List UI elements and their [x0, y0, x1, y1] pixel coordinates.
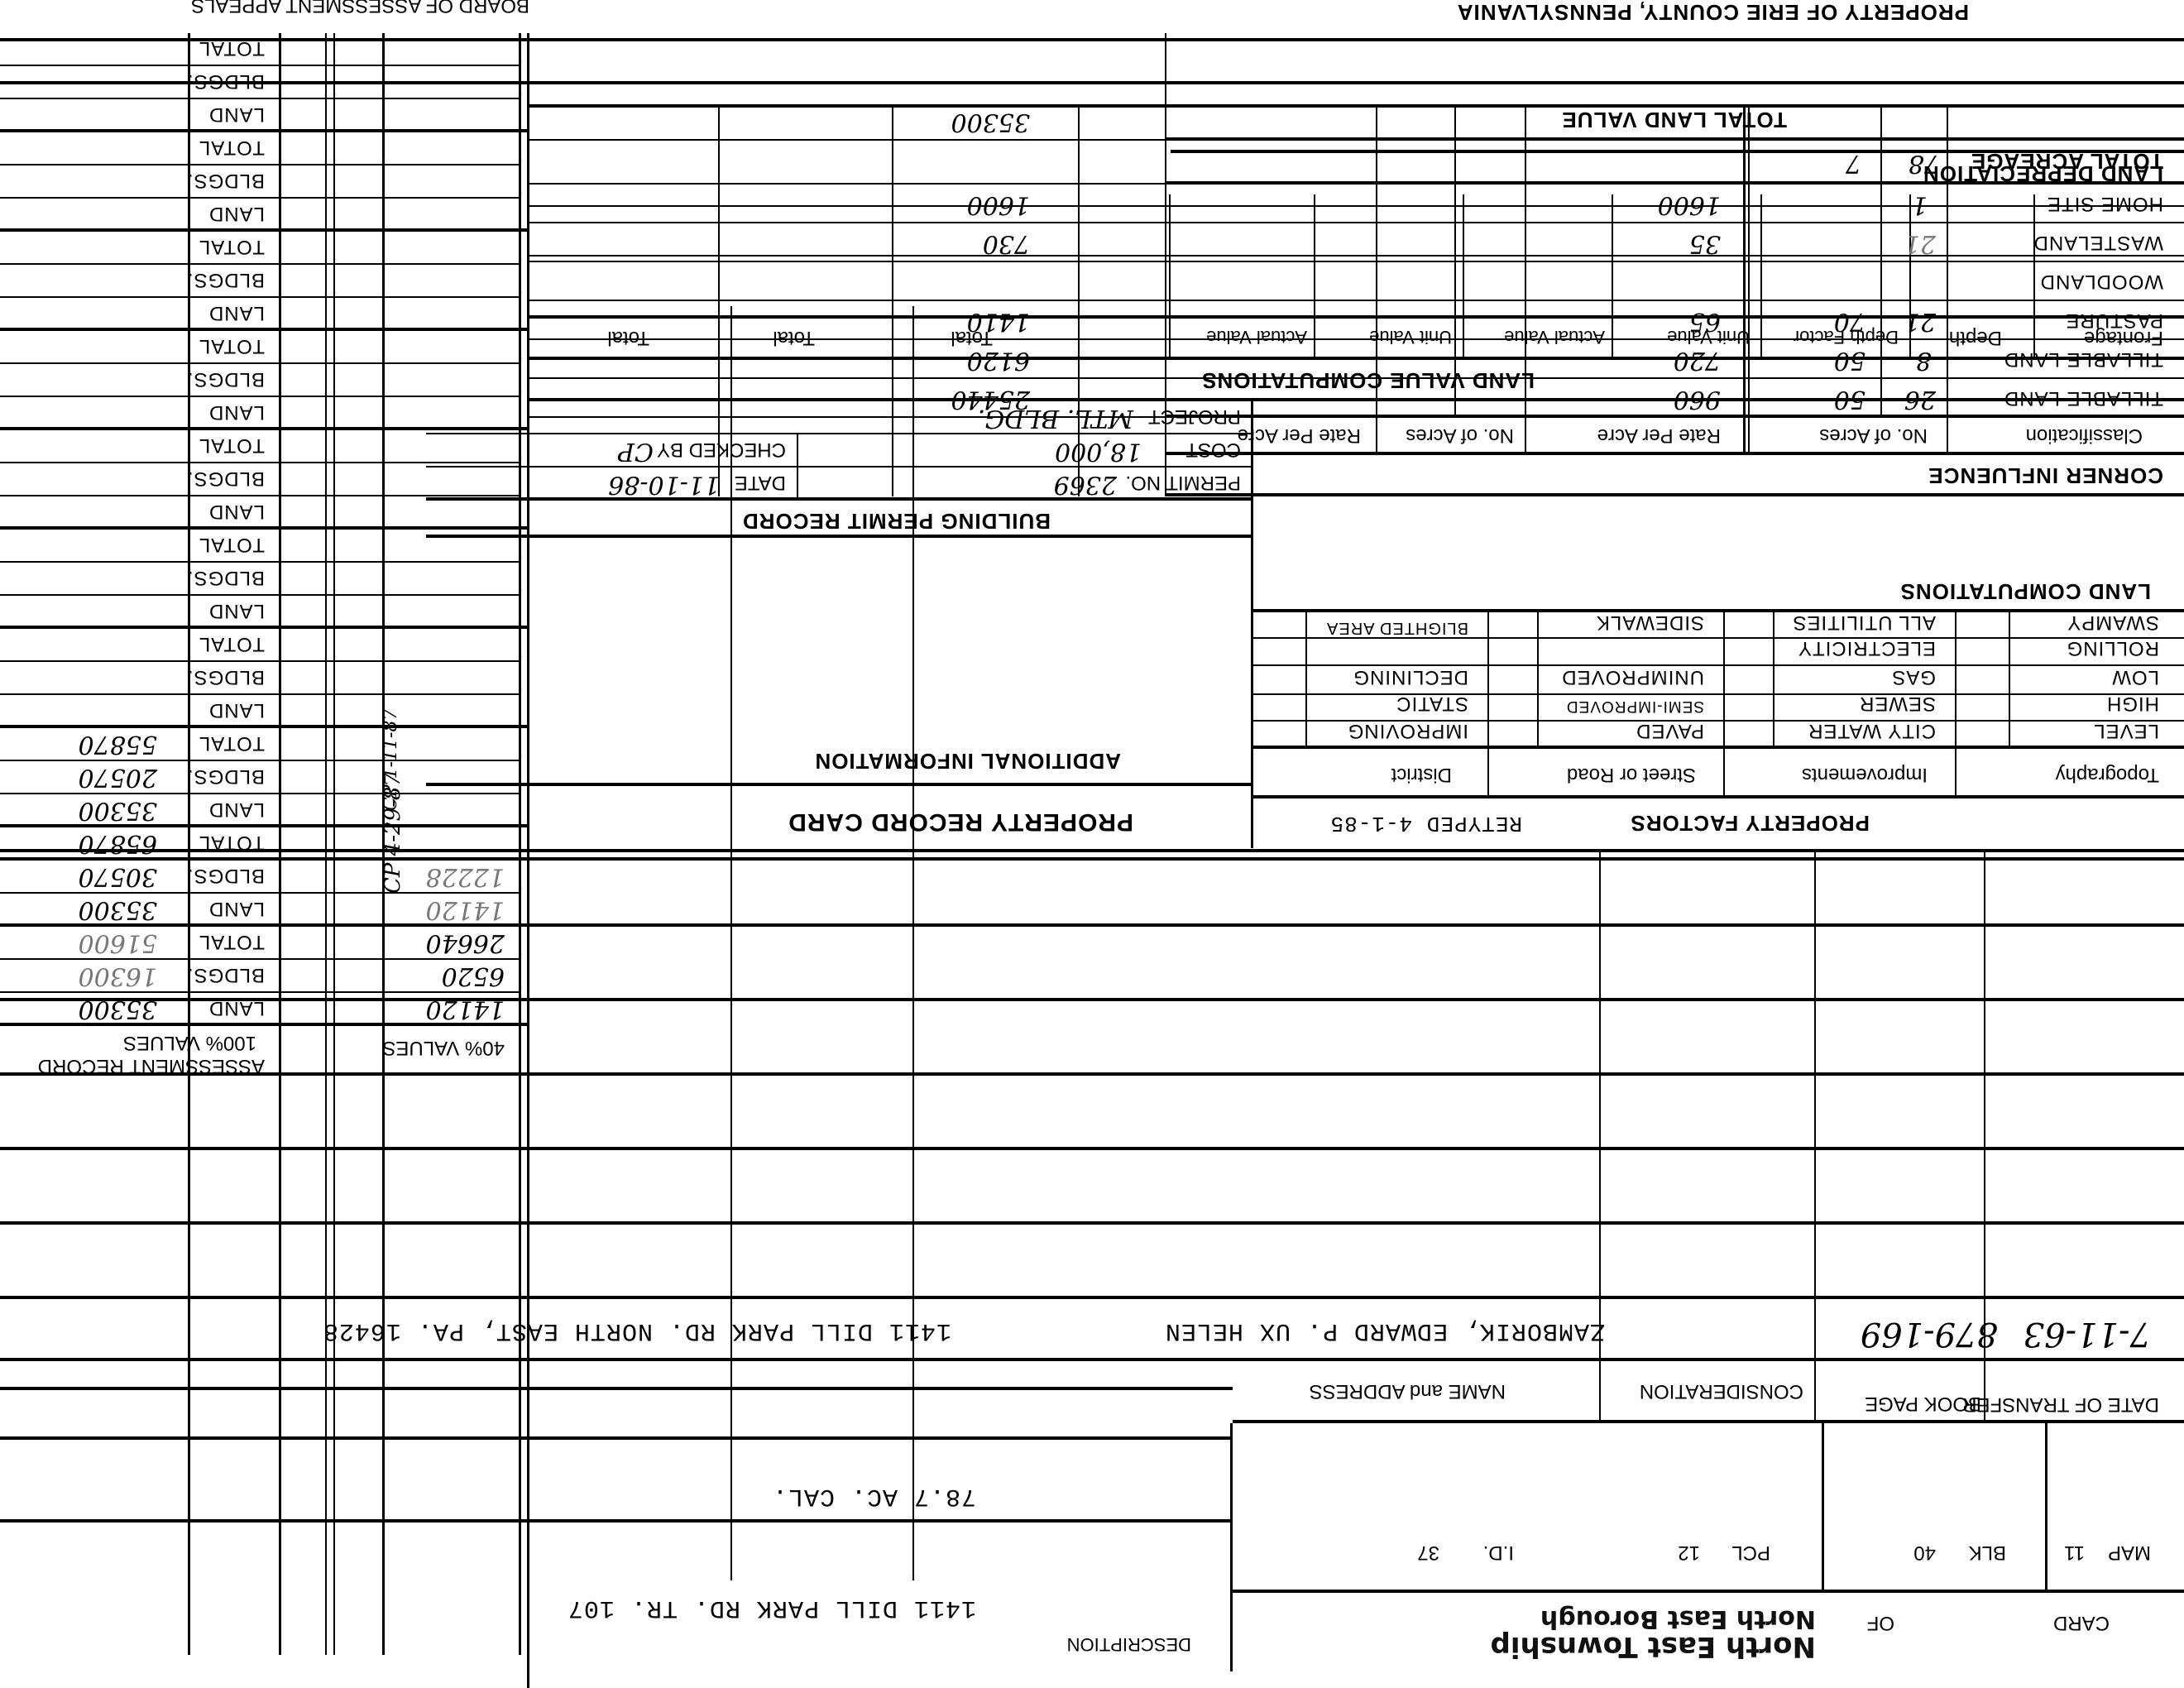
- row-label-land-8: LAND: [208, 202, 265, 225]
- total-40-0: 26640: [426, 928, 505, 957]
- row-label-total-8: TOTAL: [199, 136, 265, 159]
- row-label-total-3: TOTAL: [199, 632, 265, 655]
- row-label-bldgs-6: BLDGS.: [187, 367, 265, 391]
- row-label-bldgs-9: BLDGS.: [187, 70, 265, 93]
- class-row-tillable-1: TILLABLE LAND: [2004, 386, 2163, 410]
- bldgs-40-0: 6520: [442, 961, 505, 990]
- acres-frac-0: 50: [1834, 385, 1865, 414]
- row-label-bldgs-3: BLDGS.: [187, 665, 265, 688]
- value-1: 6120: [967, 346, 1030, 375]
- row-label-land-1: LAND: [208, 897, 265, 920]
- row-label-total-9: TOTAL: [199, 36, 265, 60]
- land-100-0: 35300: [79, 995, 157, 1024]
- class-row-woodland: WOODLAND: [2040, 270, 2163, 293]
- bldgs-40-1: 12228: [426, 862, 505, 891]
- acres-whole-0: 26: [1904, 385, 1936, 414]
- total-100-2: 55870: [79, 730, 157, 759]
- corner-influence-label: CORNER INFLUENCE: [1928, 463, 2163, 488]
- land-40-0: 14120: [426, 995, 505, 1024]
- row-label-bldgs-1: BLDGS.: [187, 864, 265, 887]
- value-0: 25440: [951, 385, 1030, 414]
- acres-whole-1: 8: [1916, 346, 1932, 375]
- total-acreage-frac: 7: [1846, 149, 1861, 178]
- row-label-bldgs-5: BLDGS.: [187, 467, 265, 490]
- total-acreage-whole: 78: [1909, 149, 1940, 178]
- total-100-1: 65870: [79, 829, 157, 858]
- rate-2: 65: [1689, 307, 1721, 336]
- row-label-total-4: TOTAL: [199, 533, 265, 556]
- rate-1: 720: [1674, 346, 1721, 375]
- land-40-1: 14120: [426, 895, 505, 924]
- value-5: 1600: [967, 190, 1030, 219]
- classification-header: Classification: [2026, 424, 2143, 447]
- row-label-land-7: LAND: [208, 301, 265, 324]
- acres-header-2: No. of Acres: [1406, 424, 1514, 447]
- rate-header-2: Rate Per Acre: [1238, 424, 1361, 447]
- row-label-bldgs-8: BLDGS.: [187, 169, 265, 192]
- land-100-1: 35300: [79, 895, 157, 924]
- row-label-total-1: TOTAL: [199, 831, 265, 854]
- rate-5: 1600: [1658, 190, 1721, 219]
- acres-frac-2: 70: [1834, 307, 1865, 336]
- total-100-0: 51600: [79, 928, 157, 957]
- row-label-total-2: TOTAL: [199, 731, 265, 755]
- land-and-assessment-panel: CORNER INFLUENCE Classification No. of A…: [0, 0, 2184, 1688]
- rate-header-1: Rate Per Acre: [1597, 424, 1721, 447]
- row-label-land-4: LAND: [208, 599, 265, 622]
- class-row-wasteland: WASTELAND: [2033, 231, 2163, 254]
- row-label-total-5: TOTAL: [199, 434, 265, 457]
- bldgs-100-2: 20570: [79, 763, 157, 792]
- row-label-land-3: LAND: [208, 698, 265, 722]
- row-label-land-0: LAND: [208, 996, 265, 1019]
- value-2: 1410: [967, 307, 1030, 336]
- values-40-label: 40% VALUES: [382, 1036, 505, 1059]
- acres-header-1: No. of Acres: [1819, 424, 1928, 447]
- row-label-bldgs-4: BLDGS.: [187, 566, 265, 589]
- class-row-tillable-2: TILLABLE LAND: [2004, 348, 2163, 371]
- row-label-bldgs-0: BLDGS.: [187, 963, 265, 986]
- acres-frac-1: 50: [1834, 346, 1865, 375]
- acres-whole-4: 21: [1904, 229, 1936, 258]
- total-land-value: 35300: [951, 108, 1030, 137]
- class-row-home-site: HOME SITE: [2047, 192, 2163, 215]
- values-100-label: 100% VALUES: [123, 1031, 256, 1054]
- acres-whole-5: 1: [1912, 190, 1928, 219]
- row-label-bldgs-2: BLDGS.: [187, 765, 265, 788]
- row-label-land-5: LAND: [208, 500, 265, 523]
- bldgs-100-1: 30570: [79, 862, 157, 891]
- row-label-total-6: TOTAL: [199, 334, 265, 357]
- row-label-land-6: LAND: [208, 400, 265, 424]
- total-acreage-label: TOTAL ACREAGE: [1971, 148, 2163, 174]
- row-label-total-0: TOTAL: [199, 930, 265, 953]
- row-label-bldgs-7: BLDGS.: [187, 268, 265, 291]
- rate-0: 960: [1674, 385, 1721, 414]
- class-row-pasture: PASTURE: [2065, 309, 2163, 332]
- acres-whole-2: 21: [1904, 307, 1936, 336]
- rate-4: 35: [1689, 229, 1721, 258]
- total-land-value-label: TOTAL LAND VALUE: [1561, 107, 1787, 132]
- assessment-record-title: ASSESSMENT RECORD: [38, 1054, 265, 1077]
- value-4: 730: [983, 229, 1030, 258]
- row-label-land-9: LAND: [208, 103, 265, 126]
- row-label-total-7: TOTAL: [199, 235, 265, 258]
- row-label-land-2: LAND: [208, 798, 265, 821]
- land-100-2: 35300: [79, 796, 157, 825]
- bldgs-100-0: 16300: [79, 961, 157, 990]
- margin-note-2: CP 1-11-87: [381, 709, 401, 811]
